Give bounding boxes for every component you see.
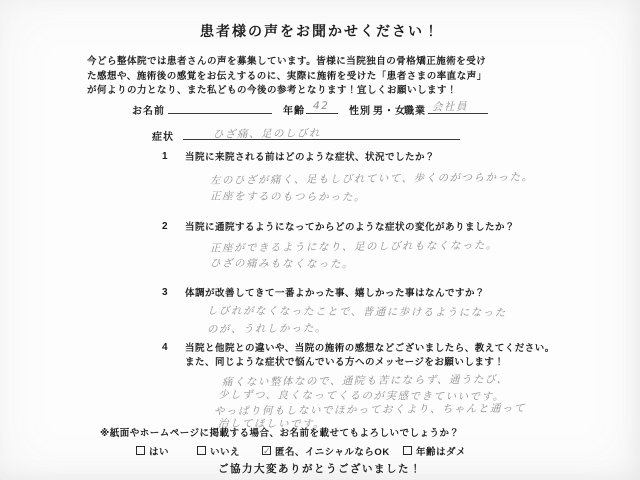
handwritten-answer: のが、うれしかった。 (207, 320, 327, 336)
handwritten-answer: 正座をするのもつらかった。 (210, 188, 366, 204)
name-field (168, 113, 272, 114)
publish-option-anonymous: ✓匿名、イニシャルならOK (262, 442, 390, 460)
gender-label: 性別 (349, 102, 371, 117)
intro-paragraph: 今どら整体院では患者さんの声を募集しています。皆様に当院独自の骨格矯正施術を受け… (87, 55, 565, 99)
handwritten-answer: しびれがなくなったことで、普通に歩けるようになった (207, 303, 507, 320)
question-number: 2 (162, 221, 168, 232)
question-text: 当院に来院される前はどのような症状、状況でしたか？ (185, 151, 435, 165)
age-value: 42 (313, 100, 329, 112)
intro-line: が何よりの力となり、また私どもの今後の参考となります！宜しくお願いします！ (87, 84, 565, 99)
checkbox-anonymous-label: 匿名、イニシャルならOK (275, 447, 390, 458)
name-label: お名前 (132, 102, 165, 117)
question-number: 4 (162, 342, 168, 353)
occupation-label: 職業 (404, 102, 426, 117)
question-text: 体調が改善してきて一番よかった事、嬉しかった事はなんですか？ (185, 287, 485, 301)
gender-options: 男・女 (373, 102, 406, 117)
question-text: 当院と他院との違いや、当院の施術の感想などございましたら、教えてください。 (185, 342, 555, 356)
checkbox-yes-icon (136, 446, 145, 455)
publish-option-no-age: 年齢はダメ (403, 442, 466, 460)
publish-option-no: いいえ (197, 442, 240, 460)
question-number: 3 (162, 287, 168, 298)
handwritten-answer: ひざの痛みもなくなった。 (210, 255, 354, 271)
checkbox-no-age-icon (403, 446, 412, 455)
question-number: 1 (162, 151, 168, 162)
checkbox-no-label: いいえ (210, 447, 240, 458)
age-label: 年齢 (283, 102, 305, 117)
publish-option-yes: はい (136, 442, 169, 460)
question-text: 当院に通院するようになってからどのような症状の変化がありましたか？ (185, 221, 515, 235)
checkbox-yes-label: はい (149, 447, 169, 458)
publish-note: ※紙面やホームページに掲載する場合、お名前を載せてもよろしいでしょうか？ (100, 427, 460, 441)
closing-text: ご協力大変ありがとうございました！ (0, 461, 640, 476)
checkbox-no-icon (197, 446, 206, 455)
symptom-value: ひざ痛、足のしびれ (213, 125, 321, 141)
age-field (306, 113, 338, 114)
page-title: 患者様の声をお聞かせください！ (0, 21, 640, 41)
handwritten-answer: 左のひざが痛く、足もしびれていて、歩くのがつらかった。 (210, 169, 534, 187)
intro-line: た感想や、施術後の感覚をお伝えするのに、実際に施術を受けた「患者さまの率直な声」 (87, 70, 565, 85)
symptom-label: 症状 (152, 128, 174, 143)
checkbox-anonymous-icon: ✓ (262, 446, 271, 455)
intro-line: 今どら整体院では患者さんの声を募集しています。皆様に当院独自の骨格矯正施術を受け (87, 55, 565, 70)
scanned-questionnaire-page: 患者様の声をお聞かせください！ 今どら整体院では患者さんの声を募集しています。皆… (0, 0, 640, 480)
question-text: また、同じような症状で悩んでいる方へのメッセージをお願いします！ (185, 356, 504, 370)
occupation-value: 会社員 (432, 99, 468, 114)
checkbox-no-age-label: 年齢はダメ (416, 447, 466, 458)
handwritten-answer: 正座ができるようになり、足のしびれもなくなった。 (210, 237, 498, 255)
